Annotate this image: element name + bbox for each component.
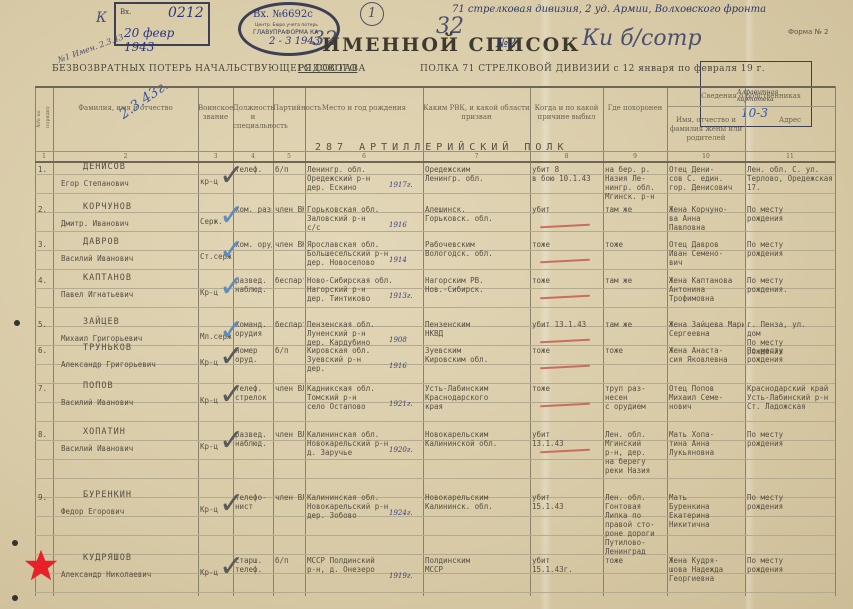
relatives-divider [667,106,835,107]
form-number: Форма № 2 [788,28,829,36]
registration-stamp-line1: Центр. Бюро учета потерь [255,23,318,28]
column-header: Фамилия, имя и отчество [53,104,198,113]
column-divider [835,86,836,596]
ruled-line [35,421,835,422]
relative-cell: Отец Попов Михаил Семе- нович [669,384,744,411]
address-cell: Краснодарский край Усть-Лабинский р-н Ст… [747,384,834,411]
rvk-cell: Нагорским РВ. Нов.-Сибирск. [425,276,529,294]
checkmark-icon: ✓ [219,552,244,582]
list-number: №2 [496,36,517,51]
ruled-line [35,554,835,555]
reason-cell: убит 15.1.43 [532,493,602,511]
relative-cell: Мать Хопа- тина Анна Лукьяновна [669,430,744,457]
rvk-cell: Оредежским Ленингр. обл. [425,165,529,183]
checkmark-icon: ✓ [219,489,244,519]
reason-cell: убит 8 в бою 10.1.43 [532,165,602,183]
checkmark-icon: ✓ [219,342,244,372]
relative-cell: Жена Корчуно- ва Анна Павловна [669,205,744,232]
handwritten-k: К [96,10,107,26]
buried-cell: тоже [605,240,666,249]
address-cell: Лен. обл. С. ул. Терлово, Оредежская 17. [747,165,834,192]
relatives-header: Сведения о родственниках [667,92,835,101]
first-name-patronymic: Василий Иванович [61,444,133,453]
party-cell: беспарт [275,276,304,285]
birth-year-note: 1919г. [389,572,413,580]
punch-hole [14,320,20,326]
incoming-stamp: Вх. 0212 20 февр 1943 [114,2,210,46]
birth-year-note: 1921г. [389,400,413,408]
column-number: 5 [273,153,305,160]
surname: КУДРЯШОВ [83,554,132,563]
row-number: 6. [38,346,47,355]
checkmark-icon: ✓ [219,201,244,231]
row-number: 9. [38,493,47,502]
column-header: Каким РВК, и какой области призван [423,104,530,122]
party-cell: член ВЛКСМ [275,430,304,439]
rvk-cell: Новокарельским Калининск. обл. [425,493,529,511]
red-underline [540,259,590,264]
incoming-stamp-number: 0212 [168,5,204,21]
punch-hole [12,540,18,546]
rvk-cell: Пензенским НКВД [425,320,529,338]
buried-cell: там же [605,320,666,329]
address-cell: По месту рождения. [747,276,834,294]
party-cell: член ВЛКСМ [275,384,304,393]
buried-cell: на бер. р. Назия Ле- нингр. обл. Мгинск.… [605,165,666,201]
checkmark-icon: ✓ [219,236,244,266]
column-header: Адрес [745,116,835,125]
handwritten-division-note: 71 стрелковая дивизия, 2 уд. Армии, Волх… [452,4,766,15]
relative-cell: Жена Кудря- шова Надежда Георгиевна [669,556,744,583]
party-cell: член ВКПб [275,240,304,249]
reason-cell: тоже [532,346,602,355]
ruled-line [35,535,835,536]
surname: БУРЕНКИН [83,491,132,500]
birth-year-note: 1917г. [389,181,413,189]
reason-cell: тоже [532,240,602,249]
row-number: 1. [38,165,47,174]
first-name-patronymic: Василий Иванович [61,398,133,407]
first-name-patronymic: Павел Игнатьевич [61,290,133,299]
buried-cell: там же [605,205,666,214]
column-header: №№ по порядку [35,110,53,128]
column-number: 8 [530,153,603,160]
column-number: 1 [35,153,53,160]
column-header: Место и год рождения [305,104,423,113]
ruled-line [35,478,835,479]
party-cell: б/п [275,556,304,565]
birth-year-note: 1920г. [389,446,413,454]
row-number: 2. [38,205,47,214]
rvk-cell: Полдинским МССР [425,556,529,574]
document-title: ИМЕННОЙ СПИСОК [322,34,580,56]
column-header: Где похоронен [603,104,667,113]
checkmark-icon: ✓ [219,161,244,191]
relative-cell: Отец Давров Иван Семено- вич [669,240,744,267]
column-number: 9 [603,153,667,160]
address-cell: По месту рождения [747,493,834,511]
column-number: 11 [745,153,835,160]
party-cell: б/п [275,346,304,355]
column-header: Воинское звание [198,104,233,122]
surname: ХОПАТИН [83,428,126,437]
row-number: 5. [38,320,47,329]
address-cell: По месту рождения [747,240,834,258]
red-underline [540,295,590,300]
surname: КАПТАНОВ [83,274,132,283]
surname: КОРЧУНОВ [83,203,132,212]
column-number: 6 [305,153,423,160]
checkmark-icon: ✓ [219,272,244,302]
red-underline [540,449,590,454]
registration-stamp-line2: ГЛАВУПРАФОРМА КА [253,29,318,36]
buried-cell: труп раз- несен с орудием [605,384,666,411]
address-cell: По месту рождения [747,556,834,574]
ruled-line [35,193,835,194]
birth-year-note: 1913г. [389,292,413,300]
ruled-line [35,307,835,308]
rvk-cell: Зуевским Кировским обл. [425,346,529,364]
address-cell: По месту рождения [747,205,834,223]
row-number: 4. [38,276,47,285]
rvk-cell: Рабочевским Вологодск. обл. [425,240,529,258]
subtitle-rank: РЯДОВОГО [298,64,357,74]
surname: ЗАЙЦЕВ [83,318,120,327]
party-cell: б/п [275,165,304,174]
column-header: Когда и по какой причине выбыл [530,104,603,122]
first-name-patronymic: Михаил Григорьевич [61,334,142,343]
buried-cell: там же [605,276,666,285]
rvk-cell: Алешинск. Горьковск. обл. [425,205,529,223]
red-underline [540,339,590,344]
table-top-border [35,86,835,88]
ruled-line [35,269,835,270]
first-name-patronymic: Дмитр. Иванович [61,219,129,228]
relative-cell: Мать Буренкина Екатерина Никитична [669,493,744,529]
buried-cell: тоже [605,346,666,355]
first-name-patronymic: Александр Григорьевич [61,360,156,369]
party-cell: беспарт [275,320,304,329]
section-label: 287 АРТИЛЛЕРИЙСКИЙ ПОЛК [315,143,568,152]
reason-cell: убит 15.1.43г. [532,556,602,574]
first-name-patronymic: Федор Егорович [61,507,124,516]
relative-cell: Жена Зайцева Мария Сергеевна [669,320,744,338]
handwritten-circled-number: 1 [360,2,384,26]
rvk-cell: Усть-Лабинским Краснодарского края [425,384,529,411]
address-cell: По месту рождения [747,430,834,448]
first-name-patronymic: Василий Иванович [61,254,133,263]
incoming-stamp-label: Вх. [120,8,131,16]
buried-cell: Лен. обл. Мгинский р-н, дер. на берегу р… [605,430,666,475]
column-header: Должность и специальность [233,104,273,131]
ruled-line [35,459,835,460]
birth-year-note: 1916 [389,362,407,370]
birth-year-note: 1908 [389,336,407,344]
buried-cell: Лен. обл. Гонтовая Липка по правой сто- … [605,493,666,556]
checkmark-icon: ✓ [219,426,244,456]
first-name-patronymic: Александр Николаевич [61,570,151,579]
punch-hole [12,595,18,601]
column-header: Имя, отчество и фамилия жены или родител… [667,116,745,143]
column-number: 2 [53,153,198,160]
surname: ПОПОВ [83,382,114,391]
buried-cell: тоже [605,556,666,565]
checkmark-icon: ✓ [219,380,244,410]
column-number: 7 [423,153,530,160]
ruled-line [35,592,835,593]
red-underline [540,365,590,370]
party-cell: член ВЛКСМ [275,493,304,502]
surname: ДАВРОВ [83,238,120,247]
red-underline [540,224,590,229]
relative-cell: Жена Анаста- сия Яковлевна [669,346,744,364]
registration-stamp-number: Вх. №6692с [253,9,313,20]
reason-cell: убит 13.1.43 [532,430,602,448]
incoming-stamp-date: 20 февр 1943 [124,26,208,54]
row-number: 7. [38,384,47,393]
address-cell: По месту рождения [747,346,834,364]
reason-cell: убит [532,205,602,214]
rvk-cell: Новокарельским Калининской обл. [425,430,529,448]
relative-cell: Отец Дени- сов С. един. гор. Денисович [669,165,744,192]
column-header: Партийность [273,104,305,113]
handwritten-big-note: Ки б/сотр [582,26,702,51]
reason-cell: убит 13.1.43 [532,320,602,329]
birth-year-note: 1916 [389,221,407,229]
column-number-border [35,161,835,163]
red-star-icon [24,548,58,582]
birth-year-note: 1924г. [389,509,413,517]
party-cell: член ВКПб [275,205,304,214]
birth-year-note: 1914 [389,256,407,264]
reason-cell: тоже [532,384,602,393]
casualty-table: №№ по порядкуФамилия, имя и отчествоВоин… [35,86,835,596]
reason-cell: тоже [532,276,602,285]
red-underline [540,403,590,408]
column-number: 10 [667,153,745,160]
surname: ДЕНИСОВ [83,163,126,172]
first-name-patronymic: Егор Степанович [61,179,129,188]
surname: ТРУНЬКОВ [83,344,132,353]
row-number: 8. [38,430,47,439]
row-number: 3. [38,240,47,249]
relative-cell: Жена Каптанова Антонина Трофимовна [669,276,744,303]
